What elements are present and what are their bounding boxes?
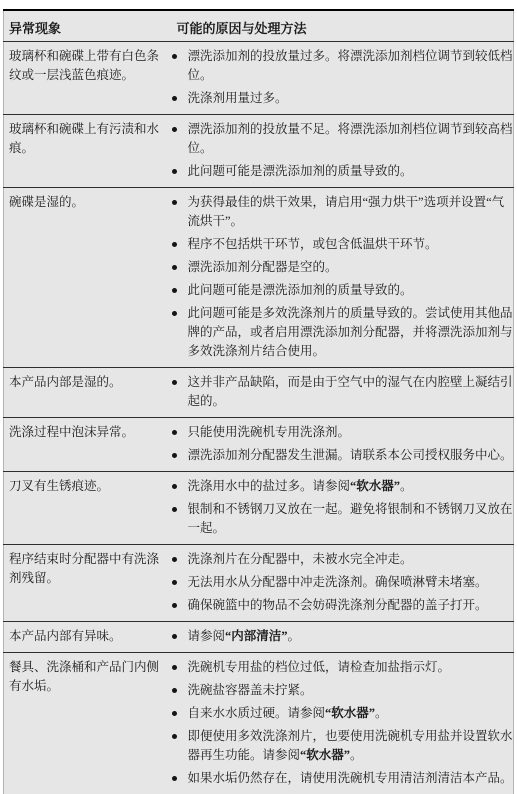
cause-text-segment: 请参阅	[188, 629, 226, 643]
cause-text: 为获得最佳的烘干效果，请启用“强力烘干”选项并设置“气流烘干”。	[188, 193, 514, 231]
bullet-dot	[172, 453, 177, 458]
bullet-icon	[167, 281, 188, 300]
cause-item: 确保碗篮中的物品不会妨碍洗涤剂分配器的盖子打开。	[167, 596, 514, 615]
causes-cell: 洗涤用水中的盐过多。请参阅“软水器”。银制和不锈钢刀叉放在一起。避免将银制和不锈…	[167, 472, 514, 545]
cause-text-segment: 无法用水从分配器中冲走洗涤剂。确保喷淋臂未堵塞。	[188, 575, 488, 589]
cause-item: 漂洗添加剂分配器是空的。	[167, 258, 514, 277]
cause-text: 洗碗机专用盐的档位过低，请检查加盐指示灯。	[188, 658, 514, 677]
cause-text: 程序不包括烘干环节，或包含低温烘干环节。	[188, 235, 514, 254]
bullet-icon	[167, 446, 188, 465]
cause-text: 无法用水从分配器中冲走洗涤剂。确保喷淋臂未堵塞。	[188, 573, 514, 592]
bullet-icon	[167, 162, 188, 181]
bullet-dot	[172, 688, 177, 693]
bullet-icon	[167, 769, 188, 788]
bullet-icon	[167, 704, 188, 723]
causes-cell: 请参阅“内部清洁”。	[167, 622, 514, 653]
cause-item: 漂洗添加剂的投放量不足。将漂洗添加剂档位调节到较高档位。	[167, 120, 514, 158]
symptom-cell: 本产品内部有异味。	[4, 622, 167, 653]
cause-item: 漂洗添加剂的投放量过多。将漂洗添加剂档位调节到较低档位。	[167, 47, 514, 85]
cause-text-segment: 此问题可能是多效洗涤剂片的质量导致的。尝试使用其他品牌的产品，或者启用漂洗添加剂…	[188, 306, 513, 358]
bullet-dot	[172, 265, 177, 270]
cause-text-segment: 银制和不锈钢刀叉放在一起。避免将银制和不锈钢刀叉放在一起。	[188, 502, 513, 535]
cause-item: 洗涤剂用量过多。	[167, 89, 514, 108]
causes-cell: 洗涤剂片在分配器中，未被水完全冲走。无法用水从分配器中冲走洗涤剂。确保喷淋臂未堵…	[167, 545, 514, 622]
cause-text-segment: “内部清洁”	[225, 629, 288, 643]
table-row: 刀叉有生锈痕迹。洗涤用水中的盐过多。请参阅“软水器”。银制和不锈钢刀叉放在一起。…	[4, 472, 514, 545]
table-row: 程序结束时分配器中有洗涤剂残留。洗涤剂片在分配器中，未被水完全冲走。无法用水从分…	[4, 545, 514, 622]
cause-text-segment: 。	[350, 748, 363, 762]
symptom-cell: 碗碟是湿的。	[4, 188, 167, 368]
bullet-icon	[167, 258, 188, 277]
table-row: 玻璃杯和碗碟上有污渍和水痕。漂洗添加剂的投放量不足。将漂洗添加剂档位调节到较高档…	[4, 115, 514, 188]
symptom-cell: 刀叉有生锈痕迹。	[4, 472, 167, 545]
header-causes: 可能的原因与处理方法	[167, 10, 514, 42]
symptom-cell: 本产品内部是湿的。	[4, 368, 167, 418]
bullet-dot	[172, 734, 177, 739]
bullet-icon	[167, 304, 188, 361]
cause-text: 如果水垢仍然存在，请使用洗碗机专用清洁剂清洁本产品。	[188, 769, 514, 788]
cause-text: 此问题可能是漂洗添加剂的质量导致的。	[188, 162, 514, 181]
bullet-dot	[172, 242, 177, 247]
bullet-icon	[167, 193, 188, 231]
cause-item: 只能使用洗碗机专用洗涤剂。	[167, 423, 514, 442]
cause-text-segment: 如果水垢仍然存在，请使用洗碗机专用清洁剂清洁本产品。	[188, 771, 513, 785]
cause-item: 洗涤剂片在分配器中，未被水完全冲走。	[167, 550, 514, 569]
bullet-dot	[172, 484, 177, 489]
symptom-cell: 程序结束时分配器中有洗涤剂残留。	[4, 545, 167, 622]
bullet-icon	[167, 681, 188, 700]
symptom-cell: 洗涤过程中泡沫异常。	[4, 418, 167, 472]
cause-text: 漂洗添加剂的投放量不足。将漂洗添加剂档位调节到较高档位。	[188, 120, 514, 158]
cause-item: 即便使用多效洗涤剂片，也要使用洗碗机专用盐并设置软水器再生功能。请参阅“软水器”…	[167, 727, 514, 765]
bullet-dot	[172, 430, 177, 435]
cause-text-segment: 漂洗添加剂分配器发生泄漏。请联系本公司授权服务中心。	[188, 448, 513, 462]
bullet-icon	[167, 373, 188, 411]
cause-text-segment: 洗涤用水中的盐过多。请参阅	[188, 479, 351, 493]
bullet-dot	[172, 54, 177, 59]
cause-text: 洗涤剂用量过多。	[188, 89, 514, 108]
manual-page: 异常现象 可能的原因与处理方法 玻璃杯和碗碟上带有白色条纹或一层浅蓝色痕迹。漂洗…	[0, 0, 517, 794]
cause-text-segment: 漂洗添加剂的投放量不足。将漂洗添加剂档位调节到较高档位。	[188, 122, 513, 155]
bullet-dot	[172, 665, 177, 670]
header-symptom: 异常现象	[4, 10, 167, 42]
cause-text-segment: 。	[375, 706, 388, 720]
cause-text: 洗涤用水中的盐过多。请参阅“软水器”。	[188, 477, 514, 496]
cause-text: 请参阅“内部清洁”。	[188, 627, 514, 646]
symptom-cell: 餐具、洗涤桶和产品门内侧有水垢。	[4, 653, 167, 794]
cause-text: 自来水水质过硬。请参阅“软水器”。	[188, 704, 514, 723]
causes-cell: 为获得最佳的烘干效果，请启用“强力烘干”选项并设置“气流烘干”。程序不包括烘干环…	[167, 188, 514, 368]
bullet-icon	[167, 477, 188, 496]
bullet-dot	[172, 96, 177, 101]
bullet-icon	[167, 727, 188, 765]
causes-cell: 漂洗添加剂的投放量过多。将漂洗添加剂档位调节到较低档位。洗涤剂用量过多。	[167, 42, 514, 115]
bullet-dot	[172, 200, 177, 205]
cause-text: 即便使用多效洗涤剂片，也要使用洗碗机专用盐并设置软水器再生功能。请参阅“软水器”…	[188, 727, 514, 765]
bullet-dot	[172, 776, 177, 781]
cause-text: 漂洗添加剂分配器是空的。	[188, 258, 514, 277]
cause-item: 如果水垢仍然存在，请使用洗碗机专用清洁剂清洁本产品。	[167, 769, 514, 788]
cause-item: 此问题可能是多效洗涤剂片的质量导致的。尝试使用其他品牌的产品，或者启用漂洗添加剂…	[167, 304, 514, 361]
bullet-dot	[172, 603, 177, 608]
cause-item: 洗涤用水中的盐过多。请参阅“软水器”。	[167, 477, 514, 496]
bullet-dot	[172, 711, 177, 716]
cause-item: 洗碗盐容器盖未拧紧。	[167, 681, 514, 700]
table-header-row: 异常现象 可能的原因与处理方法	[4, 10, 514, 42]
cause-item: 此问题可能是漂洗添加剂的质量导致的。	[167, 162, 514, 181]
cause-text-segment: 洗碗盐容器盖未拧紧。	[188, 683, 313, 697]
cause-text-segment: 自来水水质过硬。请参阅	[188, 706, 326, 720]
cause-item: 无法用水从分配器中冲走洗涤剂。确保喷淋臂未堵塞。	[167, 573, 514, 592]
cause-text: 只能使用洗碗机专用洗涤剂。	[188, 423, 514, 442]
cause-text-segment: 。	[288, 629, 301, 643]
table-row: 本产品内部是湿的。这并非产品缺陷，而是由于空气中的湿气在内腔壁上凝结引起的。	[4, 368, 514, 418]
table-body: 玻璃杯和碗碟上带有白色条纹或一层浅蓝色痕迹。漂洗添加剂的投放量过多。将漂洗添加剂…	[4, 42, 514, 794]
bullet-dot	[172, 288, 177, 293]
cause-text-segment: 这并非产品缺陷，而是由于空气中的湿气在内腔壁上凝结引起的。	[188, 375, 513, 408]
bullet-dot	[172, 169, 177, 174]
cause-item: 此问题可能是漂洗添加剂的质量导致的。	[167, 281, 514, 300]
troubleshooting-table: 异常现象 可能的原因与处理方法 玻璃杯和碗碟上带有白色条纹或一层浅蓝色痕迹。漂洗…	[3, 9, 514, 794]
bullet-dot	[172, 634, 177, 639]
cause-text-segment: 洗碗机专用盐的档位过低，请检查加盐指示灯。	[188, 660, 451, 674]
bullet-icon	[167, 596, 188, 615]
causes-cell: 这并非产品缺陷，而是由于空气中的湿气在内腔壁上凝结引起的。	[167, 368, 514, 418]
cause-item: 程序不包括烘干环节，或包含低温烘干环节。	[167, 235, 514, 254]
bullet-dot	[172, 580, 177, 585]
cause-text-segment: “软水器”	[300, 748, 350, 762]
bullet-dot	[172, 311, 177, 316]
symptom-cell: 玻璃杯和碗碟上带有白色条纹或一层浅蓝色痕迹。	[4, 42, 167, 115]
cause-text: 确保碗篮中的物品不会妨碍洗涤剂分配器的盖子打开。	[188, 596, 514, 615]
cause-text: 此问题可能是多效洗涤剂片的质量导致的。尝试使用其他品牌的产品，或者启用漂洗添加剂…	[188, 304, 514, 361]
bullet-icon	[167, 550, 188, 569]
cause-text: 这并非产品缺陷，而是由于空气中的湿气在内腔壁上凝结引起的。	[188, 373, 514, 411]
cause-item: 银制和不锈钢刀叉放在一起。避免将银制和不锈钢刀叉放在一起。	[167, 500, 514, 538]
cause-text-segment: “软水器”	[325, 706, 375, 720]
table-row: 洗涤过程中泡沫异常。只能使用洗碗机专用洗涤剂。漂洗添加剂分配器发生泄漏。请联系本…	[4, 418, 514, 472]
causes-cell: 洗碗机专用盐的档位过低，请检查加盐指示灯。洗碗盐容器盖未拧紧。自来水水质过硬。请…	[167, 653, 514, 794]
cause-text: 此问题可能是漂洗添加剂的质量导致的。	[188, 281, 514, 300]
table-row: 本产品内部有异味。请参阅“内部清洁”。	[4, 622, 514, 653]
cause-text-segment: 漂洗添加剂的投放量过多。将漂洗添加剂档位调节到较低档位。	[188, 49, 513, 82]
cause-text: 银制和不锈钢刀叉放在一起。避免将银制和不锈钢刀叉放在一起。	[188, 500, 514, 538]
cause-item: 漂洗添加剂分配器发生泄漏。请联系本公司授权服务中心。	[167, 446, 514, 465]
bullet-dot	[172, 127, 177, 132]
cause-text-segment: 洗涤剂用量过多。	[188, 91, 288, 105]
table-row: 玻璃杯和碗碟上带有白色条纹或一层浅蓝色痕迹。漂洗添加剂的投放量过多。将漂洗添加剂…	[4, 42, 514, 115]
cause-text-segment: 漂洗添加剂分配器是空的。	[188, 260, 338, 274]
symptom-cell: 玻璃杯和碗碟上有污渍和水痕。	[4, 115, 167, 188]
cause-item: 自来水水质过硬。请参阅“软水器”。	[167, 704, 514, 723]
bullet-icon	[167, 658, 188, 677]
cause-text-segment: 洗涤剂片在分配器中，未被水完全冲走。	[188, 552, 413, 566]
cause-text-segment: “软水器”	[350, 479, 400, 493]
table-row: 餐具、洗涤桶和产品门内侧有水垢。洗碗机专用盐的档位过低，请检查加盐指示灯。洗碗盐…	[4, 653, 514, 794]
cause-text: 洗涤剂片在分配器中，未被水完全冲走。	[188, 550, 514, 569]
cause-item: 洗碗机专用盐的档位过低，请检查加盐指示灯。	[167, 658, 514, 677]
cause-text-segment: 只能使用洗碗机专用洗涤剂。	[188, 425, 351, 439]
cause-item: 请参阅“内部清洁”。	[167, 627, 514, 646]
bullet-icon	[167, 423, 188, 442]
causes-cell: 漂洗添加剂的投放量不足。将漂洗添加剂档位调节到较高档位。此问题可能是漂洗添加剂的…	[167, 115, 514, 188]
bullet-icon	[167, 627, 188, 646]
bullet-dot	[172, 380, 177, 385]
bullet-dot	[172, 557, 177, 562]
cause-text-segment: 程序不包括烘干环节，或包含低温烘干环节。	[188, 237, 438, 251]
cause-text: 漂洗添加剂分配器发生泄漏。请联系本公司授权服务中心。	[188, 446, 514, 465]
cause-text: 洗碗盐容器盖未拧紧。	[188, 681, 514, 700]
cause-text-segment: 为获得最佳的烘干效果，请启用“强力烘干”选项并设置“气流烘干”。	[188, 195, 505, 228]
bullet-icon	[167, 235, 188, 254]
cause-text-segment: 此问题可能是漂洗添加剂的质量导致的。	[188, 283, 413, 297]
bullet-dot	[172, 507, 177, 512]
bullet-icon	[167, 89, 188, 108]
cause-text-segment: 此问题可能是漂洗添加剂的质量导致的。	[188, 164, 413, 178]
table-row: 碗碟是湿的。为获得最佳的烘干效果，请启用“强力烘干”选项并设置“气流烘干”。程序…	[4, 188, 514, 368]
bullet-icon	[167, 47, 188, 85]
causes-cell: 只能使用洗碗机专用洗涤剂。漂洗添加剂分配器发生泄漏。请联系本公司授权服务中心。	[167, 418, 514, 472]
cause-text-segment: 确保碗篮中的物品不会妨碍洗涤剂分配器的盖子打开。	[188, 598, 488, 612]
cause-text: 漂洗添加剂的投放量过多。将漂洗添加剂档位调节到较低档位。	[188, 47, 514, 85]
bullet-icon	[167, 120, 188, 158]
cause-text-segment: 。	[400, 479, 413, 493]
cause-item: 为获得最佳的烘干效果，请启用“强力烘干”选项并设置“气流烘干”。	[167, 193, 514, 231]
bullet-icon	[167, 500, 188, 538]
cause-item: 这并非产品缺陷，而是由于空气中的湿气在内腔壁上凝结引起的。	[167, 373, 514, 411]
bullet-icon	[167, 573, 188, 592]
